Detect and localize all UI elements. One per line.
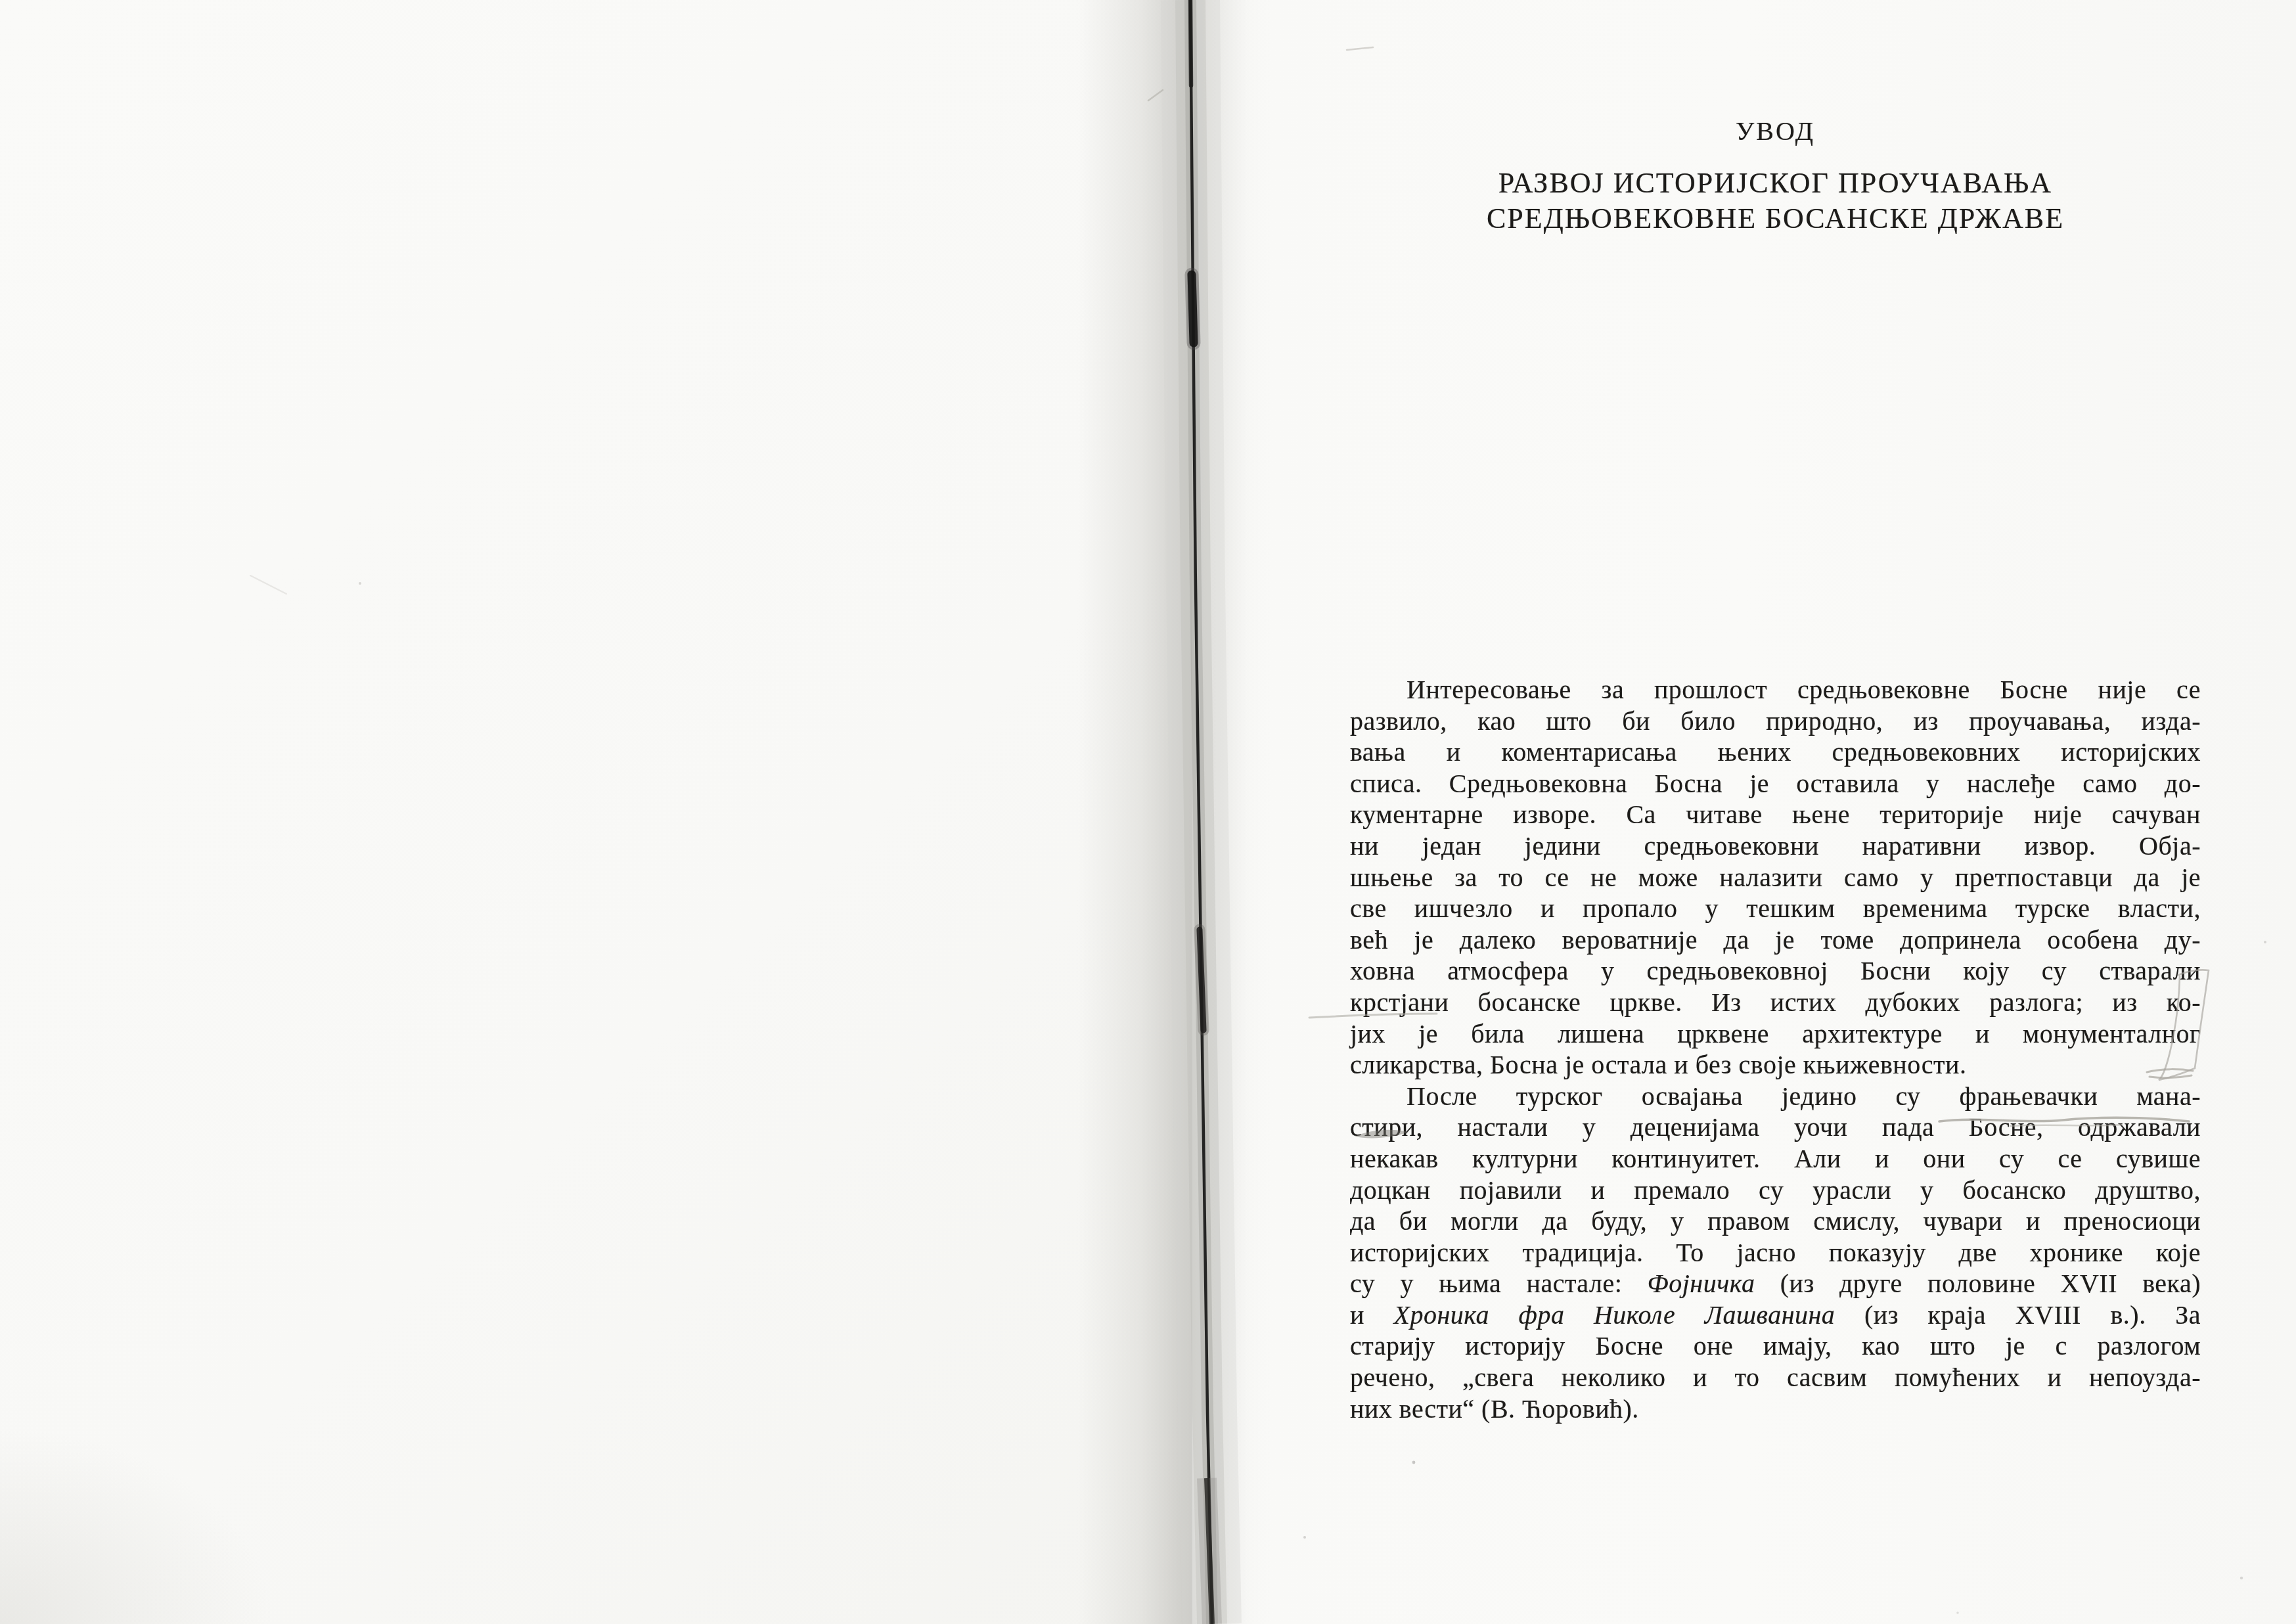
text-line: списа. Средњовековна Босна је оставила у… [1350,768,2201,800]
body-text: Интересовање за прошлост средњовековне Б… [1350,674,2201,1424]
heading-line-2: СРЕДЊОВЕКОВНЕ БОСАНСКЕ ДРЖАВЕ [1350,201,2201,237]
text-line: крстјани босанске цркве. Из истих дубоки… [1350,987,2201,1018]
heading-line-1: РАЗВОЈ ИСТОРИЈСКОГ ПРОУЧАВАЊА [1350,166,2201,201]
binding-shadow-right [1192,0,1271,1624]
text-line: вања и коментарисања њених средњовековни… [1350,736,2201,768]
text-line: стири, настали у деценијама уочи пада Бо… [1350,1112,2201,1143]
text-line: кументарне изворе. Са читаве њене терито… [1350,799,2201,830]
text-line: речено, „свега неколико и то сасвим пому… [1350,1362,2201,1393]
text-line: некакав културни континуитет. Али и они … [1350,1143,2201,1175]
binding-shadow-left [1077,0,1192,1624]
text-line: доцкан појавили и премало су урасли у бо… [1350,1175,2201,1206]
book-scan-spread: УВОД РАЗВОЈ ИСТОРИЈСКОГ ПРОУЧАВАЊА СРЕДЊ… [0,0,2296,1624]
left-page-blank [0,0,1192,1624]
text-line: После турског освајања једино су фрањева… [1350,1081,2201,1112]
chapter-heading: РАЗВОЈ ИСТОРИЈСКОГ ПРОУЧАВАЊА СРЕДЊОВЕКО… [1350,166,2201,237]
text-line: и Хроника фра Николе Лашванина (из краја… [1350,1299,2201,1331]
text-line: старију историју Босне оне имају, као шт… [1350,1330,2201,1362]
text-line: них вести“ (В. Ћоровић). [1350,1393,2201,1425]
text-line: ни један једини средњовековни наративни … [1350,830,2201,862]
scan-corner-shade [0,1427,276,1624]
text-line: Интересовање за прошлост средњовековне Б… [1350,674,2201,706]
text-line: ховна атмосфера у средњовековној Босни к… [1350,955,2201,987]
chapter-kicker: УВОД [1350,116,2201,147]
text-line: историјских традиција. То јасно показују… [1350,1237,2201,1269]
text-line: јих је била лишена црквене архитектуре и… [1350,1018,2201,1050]
text-line: шњење за то се не може налазити само у п… [1350,862,2201,893]
text-line: су у њима настале: Фојничка (из друге по… [1350,1268,2201,1299]
text-line: развило, као што би било природно, из пр… [1350,706,2201,737]
text-line: сликарства, Босна је остала и без своје … [1350,1049,2201,1081]
text-line: већ је далеко вероватније да је томе доп… [1350,924,2201,956]
text-line: да би могли да буду, у правом смислу, чу… [1350,1206,2201,1237]
text-line: све ишчезло и пропало у тешким временима… [1350,893,2201,924]
